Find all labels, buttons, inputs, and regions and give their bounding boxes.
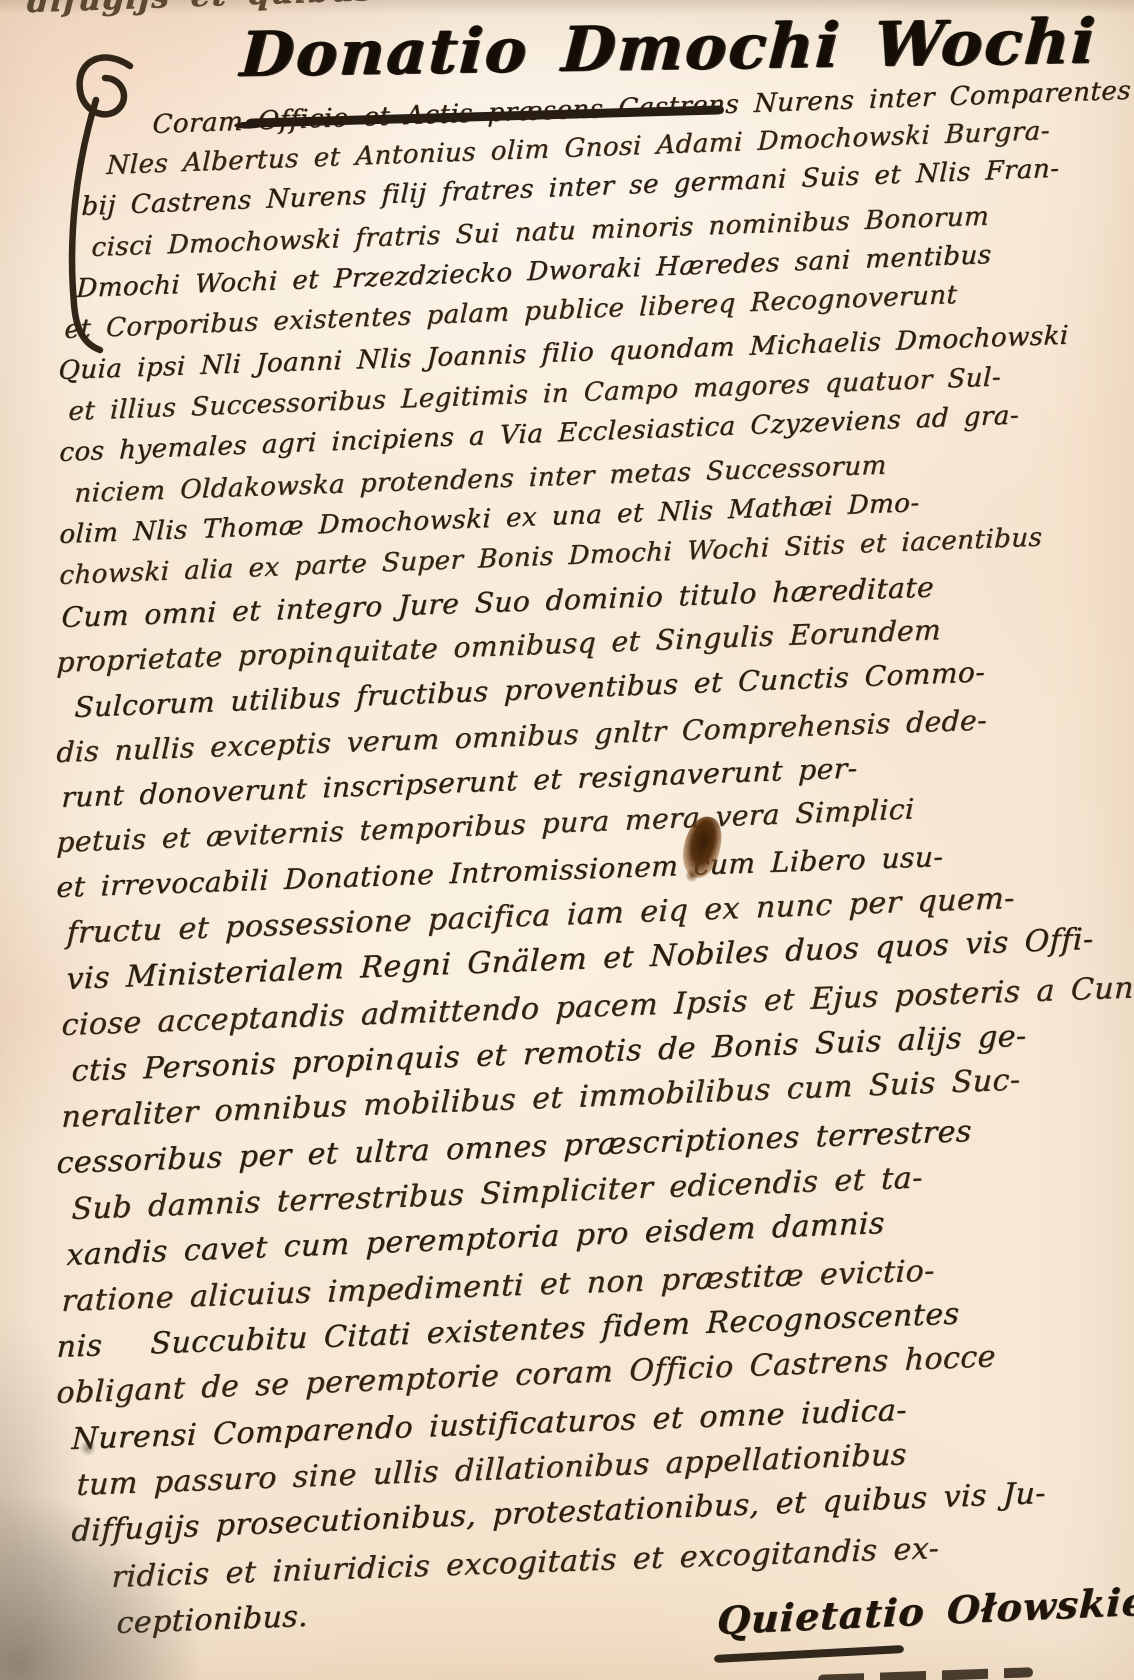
manuscript-page: difugijs et quibus vis iuridices et iniu… bbox=[0, 0, 1134, 1680]
cropped-next-line-marks bbox=[818, 1667, 1033, 1680]
manuscript-body: Coram Officio et Actis præsens Castrens … bbox=[56, 112, 1106, 1655]
document-title: Donatio Dmochi Wochi bbox=[239, 11, 1099, 87]
